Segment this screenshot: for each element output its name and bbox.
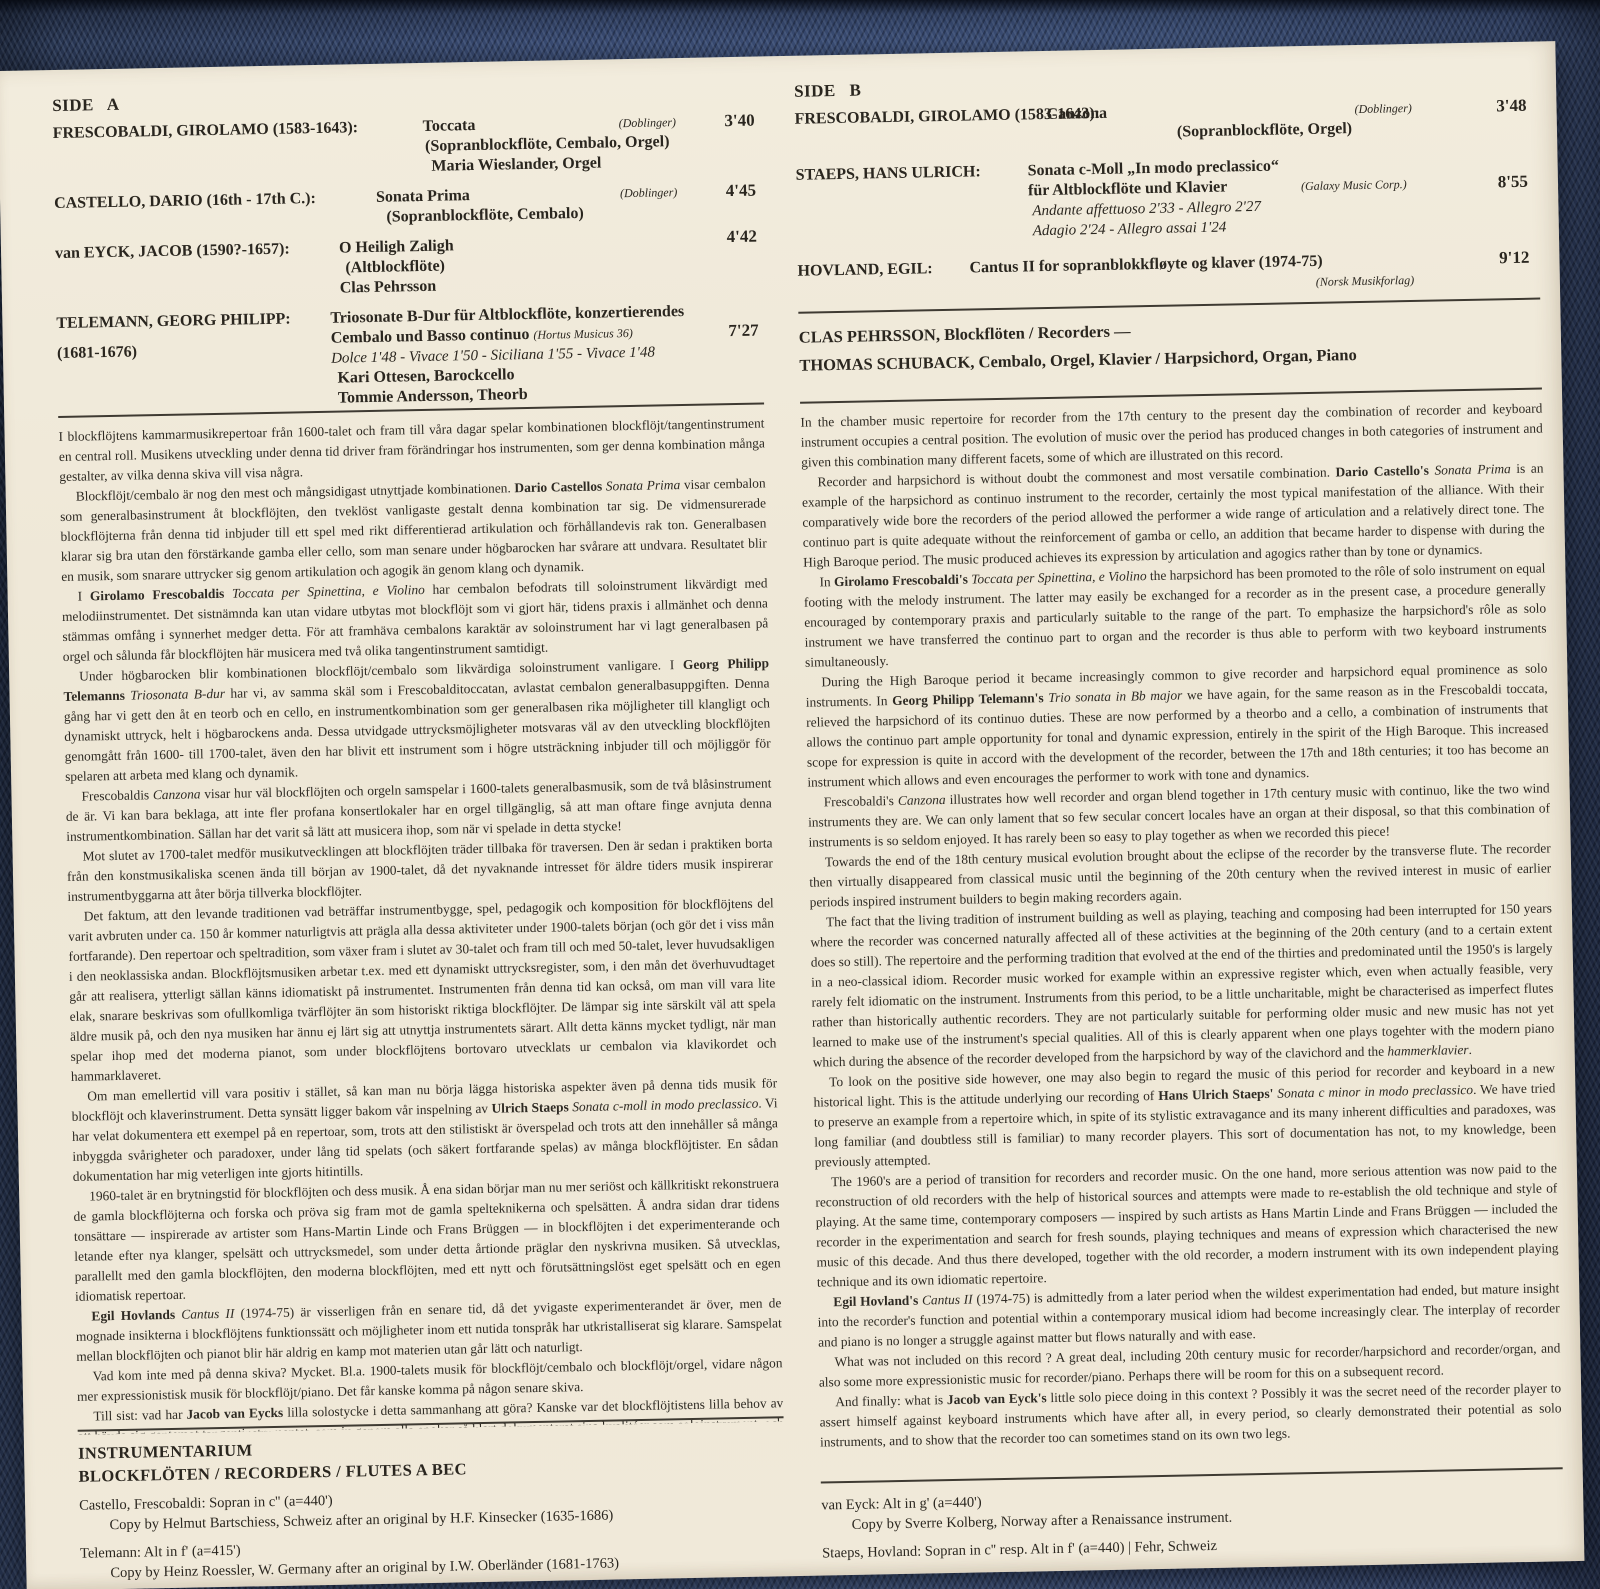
essay-paragraph: During the High Baroque period it became… <box>805 658 1549 792</box>
instrumentarium-section: INSTRUMENTARIUM BLOCKFLÖTEN / RECORDERS … <box>78 1416 787 1584</box>
track-row-frescobaldi-toccata: FRESCOBALDI, GIROLAMO (1583-1643): (Dobl… <box>53 110 760 184</box>
track-publisher: (Hortus Musicus 36) <box>533 326 633 342</box>
performer-credits: CLAS PEHRSSON, Blockflöten / Recorders —… <box>799 310 1542 380</box>
track-composer: van EYCK, JACOB (1590?-1657): <box>55 240 290 265</box>
left-column: SIDE A FRESCOBALDI, GIROLAMO (1583-1643)… <box>52 83 784 1435</box>
essay-paragraph: I Girolamo Frescobaldis Toccata per Spin… <box>61 573 768 667</box>
track-composer: FRESCOBALDI, GIROLAMO (1583-1643): <box>53 118 359 144</box>
essay-paragraph: Under högbarocken blir kombinationen blo… <box>63 653 771 787</box>
track-row-vaneyck-zaligh: van EYCK, JACOB (1590?-1657): 4'42 O Hei… <box>55 230 762 304</box>
essay-paragraph: In Girolamo Frescobaldi's Toccata per Sp… <box>803 558 1547 672</box>
essay-paragraph: Blockflöjt/cembalo är nog den mest och m… <box>60 473 768 587</box>
liner-notes-swedish: I blockflöjtens kammarmusikrepertoar frå… <box>58 413 783 1434</box>
essay-paragraph: The fact that the living tradition of in… <box>810 898 1555 1072</box>
side-b-section: SIDE B FRESCOBALDI, GIROLAMO (1583-1643)… <box>794 68 1542 404</box>
track-composer: HOVLAND, EGIL: <box>797 259 932 282</box>
instrument-entry: Staeps, Hovland: Sopran in c'' resp. Alt… <box>822 1529 1564 1563</box>
track-row-hovland-cantus: HOVLAND, EGIL: 9'12 Cantus II for sopran… <box>797 248 1540 302</box>
liner-notes-english: In the chamber music repertoire for reco… <box>800 399 1562 1453</box>
track-publisher: (Norsk Musikforlag) <box>1316 273 1415 289</box>
track-row-castello-sonata: CASTELLO, DARIO (16th - 17th C.): (Dobli… <box>54 180 761 234</box>
denim-background: SIDE A FRESCOBALDI, GIROLAMO (1583-1643)… <box>0 0 1600 1589</box>
album-back-cover: SIDE A FRESCOBALDI, GIROLAMO (1583-1643)… <box>0 41 1584 1589</box>
essay-paragraph: To look on the positive side however, on… <box>813 1058 1557 1172</box>
track-row-telemann-triosonate: TELEMANN, GEORG PHILIPP: (1681-1676) 7'2… <box>56 300 764 414</box>
track-composer: CASTELLO, DARIO (16th - 17th C.): <box>54 189 316 214</box>
essay-paragraph: 1960-talet är en brytningstid för blockf… <box>73 1173 781 1307</box>
side-b-header: SIDE B <box>794 68 1536 102</box>
track-composer: TELEMANN, GEORG PHILIPP: <box>56 310 291 334</box>
side-a-header: SIDE A <box>52 83 758 117</box>
essay-paragraph: Det faktum, att den levande traditionen … <box>68 893 777 1087</box>
track-row-frescobaldi-canzona: FRESCOBALDI, GIROLAMO (1583-1643): (Dobl… <box>794 96 1537 150</box>
track-composer: STAEPS, HANS ULRICH: <box>796 162 981 186</box>
essay-paragraph: And finally: what is Jacob van Eyck's li… <box>819 1378 1562 1452</box>
track-row-staeps-sonata: STAEPS, HANS ULRICH: (Galaxy Music Corp.… <box>796 152 1539 246</box>
instrumentarium-right-section: van Eyck: Alt in g' (a=440') Copy by Sve… <box>821 1467 1564 1563</box>
essay-paragraph: The 1960's are a period of transition fo… <box>815 1158 1559 1292</box>
essay-paragraph: Recorder and harpsichord is without doub… <box>801 458 1545 572</box>
right-column: SIDE B FRESCOBALDI, GIROLAMO (1583-1643)… <box>794 68 1562 1453</box>
essay-paragraph: Om man emellertid vill vara positiv i st… <box>71 1073 779 1187</box>
side-a-section: SIDE A FRESCOBALDI, GIROLAMO (1583-1643)… <box>52 83 764 418</box>
track-composer-dates: (1681-1676) <box>57 342 137 364</box>
